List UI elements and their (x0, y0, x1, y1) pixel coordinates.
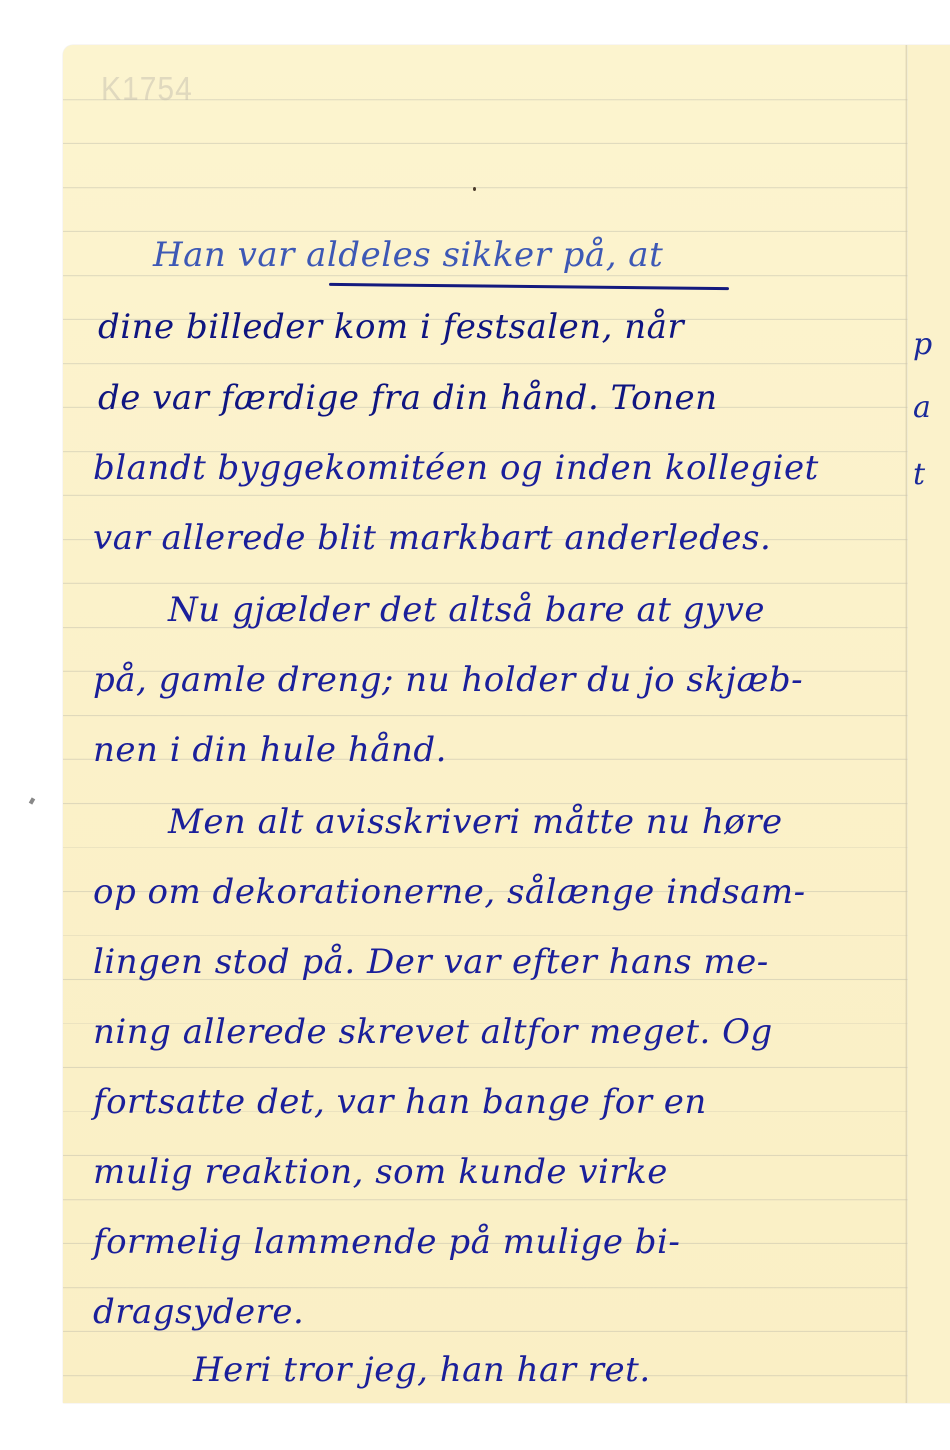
letter-line-11: lingen stod på. Der var efter hans me- (93, 942, 769, 982)
letter-line-15: formelig lammende på mulige bi- (93, 1222, 680, 1262)
letter-line-7: på, gamle dreng; nu holder du jo skjæb- (93, 660, 803, 700)
letter-line-1: Han var aldeles sikker på, at (153, 235, 663, 275)
archive-number: K1754 (101, 71, 193, 108)
letter-line-5: var allerede blit markbart anderledes. (93, 518, 771, 558)
letter-page: K1754 Han var aldeles sikker på, at dine… (63, 45, 950, 1403)
underline-mark (329, 283, 729, 290)
letter-line-9: Men alt avisskriveri måtte nu høre (168, 802, 783, 842)
letter-line-17: Heri tror jeg, han har ret. (193, 1350, 651, 1390)
letter-line-12: ning allerede skrevet altfor meget. Og (93, 1012, 773, 1052)
edge-mark-3: t (913, 457, 925, 492)
edge-mark-1: p (913, 327, 932, 362)
letter-line-14: mulig reaktion, som kunde virke (93, 1152, 668, 1192)
page-fold (905, 45, 908, 1403)
edge-mark-2: a (913, 390, 931, 425)
stray-mark (29, 797, 35, 804)
letter-line-2: dine billeder kom i festsalen, når (98, 307, 684, 347)
ink-speck (473, 187, 476, 191)
letter-line-10: op om dekorationerne, sålænge indsam- (93, 872, 806, 912)
letter-line-8: nen i din hule hånd. (93, 730, 447, 770)
letter-line-6: Nu gjælder det altså bare at gyve (168, 590, 765, 630)
letter-line-3: de var færdige fra din hånd. Tonen (98, 378, 718, 418)
letter-line-13: fortsatte det, var han bange for en (93, 1082, 707, 1122)
letter-line-16: dragsydere. (93, 1292, 304, 1332)
adjacent-page-edge (908, 45, 950, 1403)
letter-line-4: blandt byggekomitéen og inden kollegiet (93, 448, 819, 488)
